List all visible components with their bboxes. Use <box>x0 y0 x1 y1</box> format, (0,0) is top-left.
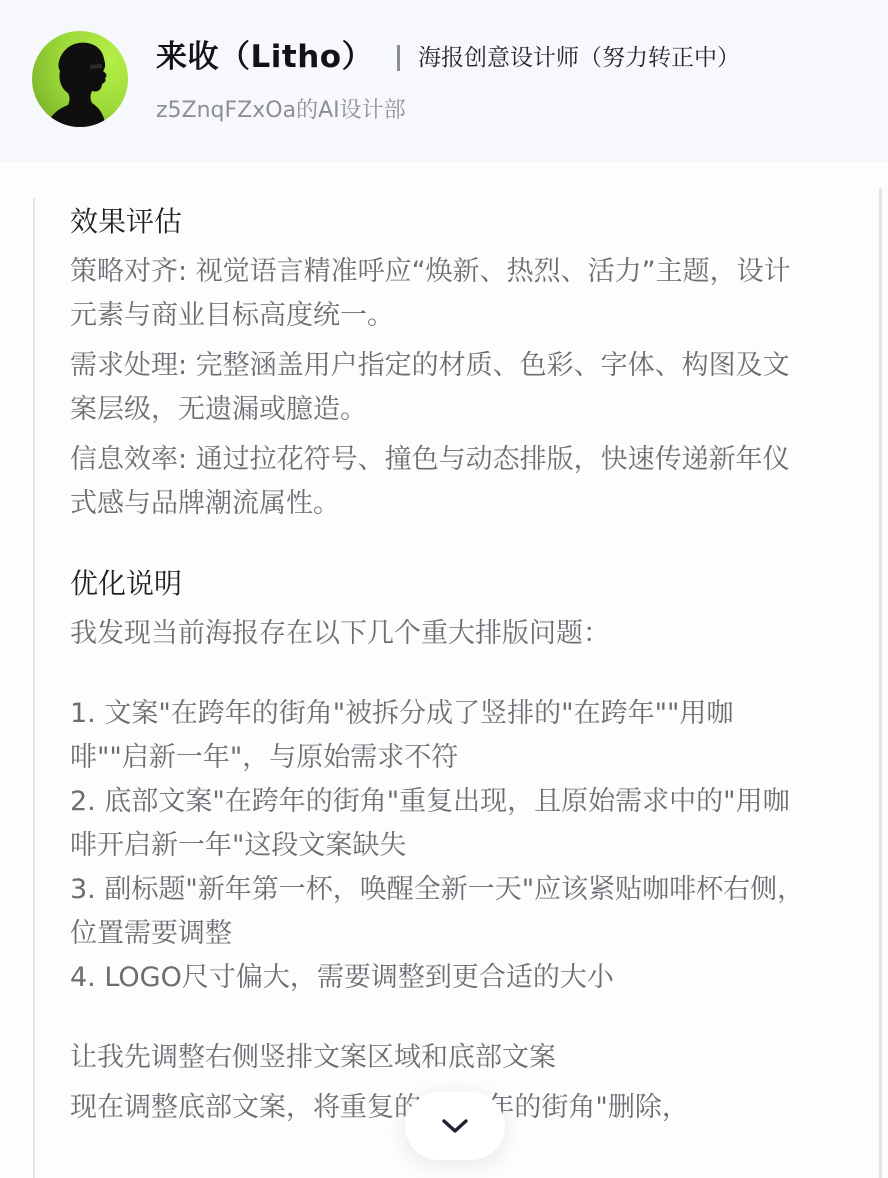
message-body: 效果评估 策略对齐: 视觉语言精准呼应“焕新、热烈、活力”主题，设计元素与商业目… <box>70 200 810 1130</box>
message-left-border <box>33 198 35 1178</box>
person-silhouette-avatar-icon <box>32 31 128 127</box>
chevron-down-icon <box>441 1117 469 1135</box>
issue-item: 3. 副标题"新年第一杯，唤醒全新一天"应该紧贴咖啡杯右侧，位置需要调整 <box>70 868 810 956</box>
issue-item: 1. 文案"在跨年的街角"被拆分成了竖排的"在跨年""用咖啡""启新一年"，与原… <box>70 692 810 780</box>
section-title-optimization: 优化说明 <box>70 562 810 606</box>
issue-item: 2. 底部文案"在跨年的街角"重复出现，且原始需求中的"用咖啡开启新一年"这段文… <box>70 780 810 868</box>
evaluation-item: 策略对齐: 视觉语言精准呼应“焕新、热烈、活力”主题，设计元素与商业目标高度统一… <box>70 250 810 338</box>
scroll-to-bottom-button[interactable] <box>405 1092 505 1160</box>
next-step: 让我先调整右侧竖排文案区域和底部文案 <box>70 1036 810 1080</box>
agent-header: 来收（Litho） 海报创意设计师（努力转正中） z5ZnqFZxOa的AI设计… <box>0 0 888 162</box>
optimization-intro: 我发现当前海报存在以下几个重大排版问题： <box>70 612 810 656</box>
agent-department: z5ZnqFZxOa的AI设计部 <box>156 94 406 128</box>
agent-name: 来收（Litho） <box>156 36 373 78</box>
title-divider <box>397 45 400 71</box>
evaluation-item: 信息效率: 通过拉花符号、撞色与动态排版，快速传递新年仪式感与品牌潮流属性。 <box>70 438 810 526</box>
agent-role: 海报创意设计师（努力转正中） <box>418 40 740 76</box>
avatar[interactable] <box>32 31 128 127</box>
issue-item: 4. LOGO尺寸偏大，需要调整到更合适的大小 <box>70 956 810 1000</box>
section-title-evaluation: 效果评估 <box>70 200 810 244</box>
evaluation-item: 需求处理: 完整涵盖用户指定的材质、色彩、字体、构图及文案层级，无遗漏或臆造。 <box>70 344 810 432</box>
scrollbar-track[interactable] <box>879 188 882 1178</box>
